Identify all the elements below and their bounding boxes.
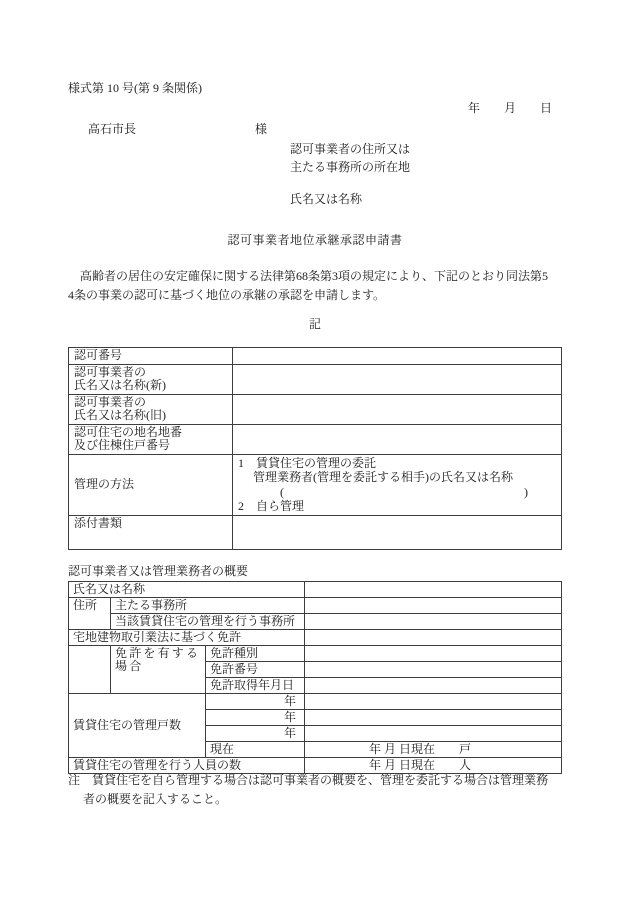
license-date-label: 免許取得年月日	[206, 678, 305, 694]
license-date-field[interactable]	[305, 678, 562, 694]
applicant-address-label: 認可事業者の住所又は 主たる事務所の所在地	[290, 140, 410, 176]
managed-units-year1-row: 賃貸住宅の管理戸数 年	[69, 694, 562, 710]
management-method-row: 管理の方法 1 賃貸住宅の管理の委託 管理業務者(管理を委託する相手)の氏名又は…	[69, 454, 562, 515]
old-operator-name-row: 認可事業者の 氏名又は名称(旧)	[69, 394, 562, 424]
application-table: 認可番号 認可事業者の 氏名又は名称(新) 認可事業者の 氏名又は名称(旧) 認…	[68, 347, 562, 550]
body-paragraph: 高齢者の居住の安定確保に関する法律第68条第3項の規定により、下記のとおり同法第…	[68, 267, 588, 305]
management-method-field[interactable]: 1 賃貸住宅の管理の委託 管理業務者(管理を委託する相手)の氏名又は名称 ( )…	[233, 454, 562, 515]
license-label: 宅地建物取引業法に基づく免許	[69, 630, 305, 646]
license-number-label: 免許番号	[206, 662, 305, 678]
approval-number-row: 認可番号	[69, 348, 562, 365]
old-operator-name-label: 認可事業者の 氏名又は名称(旧)	[69, 394, 233, 424]
form-document: 様式第 10 号(第 9 条関係) 年 月 日 高石市長 様 認可事業者の住所又…	[0, 0, 630, 903]
license-type-label: 免許種別	[206, 646, 305, 662]
license-case-label: 免許を有する 場合	[111, 646, 206, 694]
attached-documents-label: 添付書類	[69, 515, 233, 549]
housing-location-row: 認可住宅の地名地番 及び住棟住戸番号	[69, 424, 562, 454]
approval-number-label: 認可番号	[69, 348, 233, 365]
managed-units-year3-label[interactable]: 年	[206, 726, 305, 742]
housing-location-field[interactable]	[233, 424, 562, 454]
form-number: 様式第 10 号(第 9 条関係)	[68, 79, 202, 96]
license-field[interactable]	[305, 630, 562, 646]
address-label: 住所	[69, 598, 111, 630]
applicant-name-label: 氏名又は名称	[290, 190, 362, 207]
main-office-field[interactable]	[305, 598, 562, 614]
managed-units-current-label: 現在	[206, 742, 305, 758]
managed-units-year2-label[interactable]: 年	[206, 710, 305, 726]
main-office-label: 主たる事務所	[111, 598, 305, 614]
attached-documents-row: 添付書類	[69, 515, 562, 549]
addressee-line: 高石市長 様	[88, 120, 348, 137]
license-number-field[interactable]	[305, 662, 562, 678]
new-operator-name-label: 認可事業者の 氏名又は名称(新)	[69, 364, 233, 394]
license-type-row: 免許を有する 場合 免許種別	[69, 646, 562, 662]
managing-office-label: 当該賃貸住宅の管理を行う事務所	[111, 614, 305, 630]
license-row: 宅地建物取引業法に基づく免許	[69, 630, 562, 646]
operator-name-field[interactable]	[305, 582, 562, 598]
record-marker: 記	[0, 315, 630, 332]
management-method-label: 管理の方法	[69, 454, 233, 515]
license-case-spacer	[69, 646, 111, 694]
managed-units-current-field[interactable]: 年 月 日現在 戸	[305, 742, 562, 758]
form-title: 認可事業者地位承継承認申請書	[0, 231, 630, 248]
attached-documents-field[interactable]	[233, 515, 562, 549]
managed-units-unit: 戸	[459, 743, 471, 756]
operator-name-label: 氏名又は名称	[69, 582, 305, 598]
managed-units-year3-field[interactable]	[305, 726, 562, 742]
old-operator-name-field[interactable]	[233, 394, 562, 424]
addressee-honorific: 様	[255, 120, 267, 137]
main-office-row: 住所 主たる事務所	[69, 598, 562, 614]
managing-office-field[interactable]	[305, 614, 562, 630]
addressee-name: 高石市長	[88, 122, 136, 136]
managed-units-label: 賃貸住宅の管理戸数	[69, 694, 206, 758]
managed-units-year1-label[interactable]: 年	[206, 694, 305, 710]
managed-units-year1-field[interactable]	[305, 694, 562, 710]
new-operator-name-field[interactable]	[233, 364, 562, 394]
overview-heading: 認可事業者又は管理業務者の概要	[68, 562, 248, 579]
footnote: 注 賃貸住宅を自ら管理する場合は認可事業者の概要を、管理を委託する場合は管理業務…	[68, 771, 588, 808]
new-operator-name-row: 認可事業者の 氏名又は名称(新)	[69, 364, 562, 394]
managed-units-year2-field[interactable]	[305, 710, 562, 726]
managing-office-row: 当該賃貸住宅の管理を行う事務所	[69, 614, 562, 630]
housing-location-label: 認可住宅の地名地番 及び住棟住戸番号	[69, 424, 233, 454]
approval-number-field[interactable]	[233, 348, 562, 365]
operator-name-row: 氏名又は名称	[69, 582, 562, 598]
overview-table: 氏名又は名称 住所 主たる事務所 当該賃貸住宅の管理を行う事務所 宅地建物取引業…	[68, 581, 562, 774]
managed-units-asof-date[interactable]: 年 月 日現在	[369, 743, 435, 756]
date-line[interactable]: 年 月 日	[468, 99, 552, 116]
license-type-field[interactable]	[305, 646, 562, 662]
